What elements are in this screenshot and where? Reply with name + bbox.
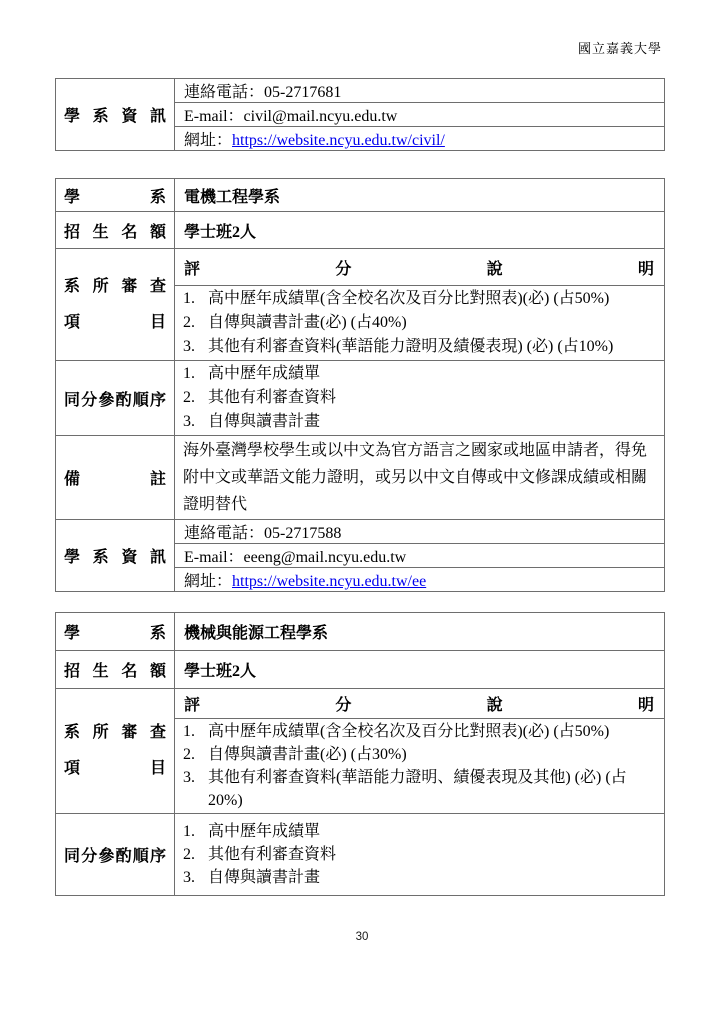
tiebreak-label: 同分參酌順序 bbox=[56, 361, 175, 436]
review-item: 2.自傳與讀書計畫(必) (占40%) bbox=[183, 311, 658, 335]
quota-value: 學士班2人 bbox=[175, 651, 665, 689]
website-row: 網址：https://website.ncyu.edu.tw/ee bbox=[175, 568, 665, 592]
tiebreak-item: 2.其他有利審查資料 bbox=[183, 386, 658, 410]
email-prefix: E-mail： bbox=[184, 108, 244, 125]
quota-value: 學士班2人 bbox=[175, 212, 665, 249]
phone-row: 連絡電話：05-2717681 bbox=[175, 79, 665, 103]
review-item: 1.高中歷年成績單(含全校名次及百分比對照表)(必) (占50%) bbox=[183, 287, 658, 311]
review-items-list: 1.高中歷年成績單(含全校名次及百分比對照表)(必) (占50%) 2.自傳與讀… bbox=[175, 719, 665, 814]
email-row: E-mail：eeeng@mail.ncyu.edu.tw bbox=[175, 544, 665, 568]
email-value: eeeng@mail.ncyu.edu.tw bbox=[244, 549, 407, 566]
tiebreak-item: 3.自傳與讀書計畫 bbox=[183, 410, 658, 434]
phone-prefix: 連絡電話： bbox=[184, 84, 264, 101]
civil-dept-info-table: 學 系 資 訊 連絡電話：05-2717681 E-mail：civil@mai… bbox=[55, 78, 665, 151]
tiebreak-list: 1.高中歷年成績單 2.其他有利審查資料 3.自傳與讀書計畫 bbox=[175, 814, 665, 896]
note-text: 海外臺灣學校學生或以中文為官方語言之國家或地區申請者，得免附中文或華語文能力證明… bbox=[175, 436, 665, 520]
email-prefix: E-mail： bbox=[184, 549, 244, 566]
phone-prefix: 連絡電話： bbox=[184, 525, 264, 542]
quota-label: 招 生 名 額 bbox=[56, 212, 175, 249]
review-items-label: 系 所 審 查 項 目 bbox=[56, 249, 175, 361]
website-row: 網址：https://website.ncyu.edu.tw/civil/ bbox=[175, 127, 665, 151]
ee-dept-table: 學 系 電機工程學系 招 生 名 額 學士班2人 系 所 審 查 項 目 評 分… bbox=[55, 178, 665, 592]
score-header: 評 分 說 明 bbox=[175, 249, 665, 286]
review-items-label: 系 所 審 查 項 目 bbox=[56, 689, 175, 814]
me-dept-table: 學 系 機械與能源工程學系 招 生 名 額 學士班2人 系 所 審 查 項 目 … bbox=[55, 612, 665, 896]
tiebreak-label: 同分參酌順序 bbox=[56, 814, 175, 896]
email-value: civil@mail.ncyu.edu.tw bbox=[244, 108, 398, 125]
dept-label: 學 系 bbox=[56, 179, 175, 212]
page-number: 30 bbox=[0, 931, 724, 943]
dept-label: 學 系 bbox=[56, 613, 175, 651]
review-item: 3.其他有利審查資料(華語能力證明、績優表現及其他) (必) (占20%) bbox=[183, 766, 658, 812]
website-link[interactable]: https://website.ncyu.edu.tw/ee bbox=[232, 573, 426, 590]
email-row: E-mail：civil@mail.ncyu.edu.tw bbox=[175, 103, 665, 127]
tiebreak-item: 1.高中歷年成績單 bbox=[183, 820, 658, 843]
note-label: 備 註 bbox=[56, 436, 175, 520]
score-header: 評 分 說 明 bbox=[175, 689, 665, 719]
dept-info-label: 學 系 資 訊 bbox=[56, 79, 175, 151]
review-item: 1.高中歷年成績單(含全校名次及百分比對照表)(必) (占50%) bbox=[183, 720, 658, 743]
university-header: 國立嘉義大學 bbox=[578, 38, 662, 57]
quota-label: 招 生 名 額 bbox=[56, 651, 175, 689]
phone-value: 05-2717681 bbox=[264, 84, 341, 101]
dept-name: 機械與能源工程學系 bbox=[175, 613, 665, 651]
website-prefix: 網址： bbox=[184, 132, 232, 149]
phone-value: 05-2717588 bbox=[264, 525, 341, 542]
website-prefix: 網址： bbox=[184, 573, 232, 590]
review-items-list: 1.高中歷年成績單(含全校名次及百分比對照表)(必) (占50%) 2.自傳與讀… bbox=[175, 286, 665, 361]
tiebreak-item: 1.高中歷年成績單 bbox=[183, 362, 658, 386]
dept-info-label: 學 系 資 訊 bbox=[56, 520, 175, 592]
dept-name: 電機工程學系 bbox=[175, 179, 665, 212]
review-item: 2.自傳與讀書計畫(必) (占30%) bbox=[183, 743, 658, 766]
tiebreak-item: 2.其他有利審查資料 bbox=[183, 843, 658, 866]
review-item: 3.其他有利審查資料(華語能力證明及績優表現) (必) (占10%) bbox=[183, 335, 658, 359]
phone-row: 連絡電話：05-2717588 bbox=[175, 520, 665, 544]
tiebreak-list: 1.高中歷年成績單 2.其他有利審查資料 3.自傳與讀書計畫 bbox=[175, 361, 665, 436]
website-link[interactable]: https://website.ncyu.edu.tw/civil/ bbox=[232, 132, 445, 149]
tiebreak-item: 3.自傳與讀書計畫 bbox=[183, 866, 658, 889]
